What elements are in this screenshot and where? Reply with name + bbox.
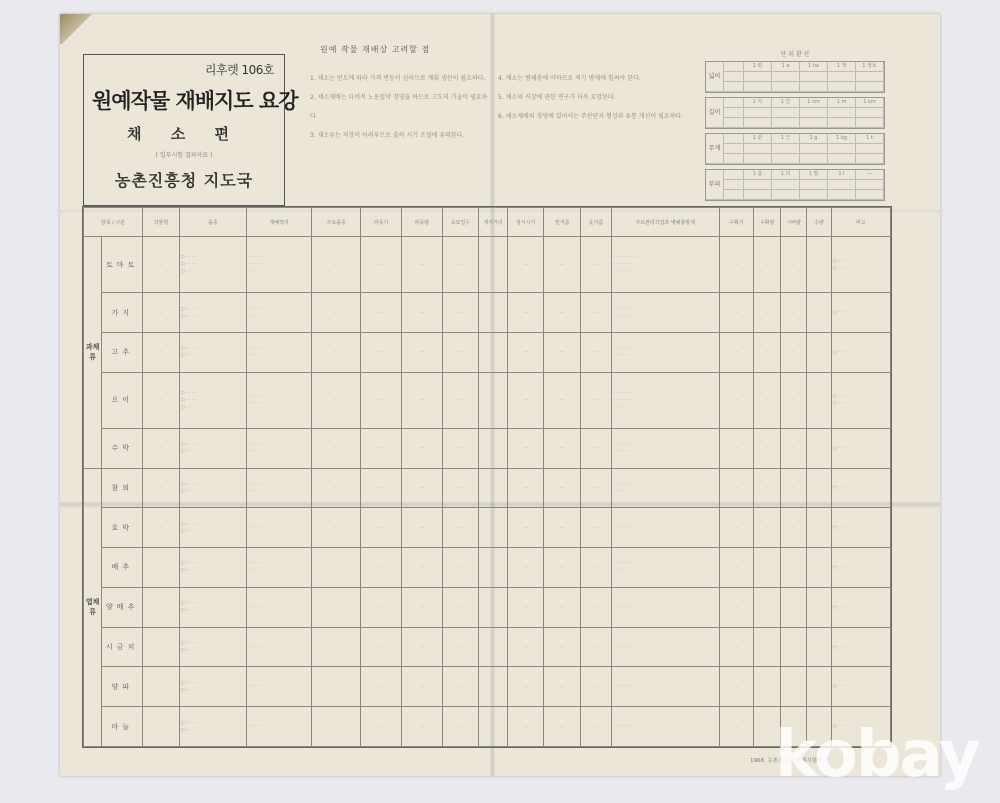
table-row: 오이·○ · · · ·○ · · · ·○ · · ·· · · · ·· ·… bbox=[84, 372, 891, 428]
corner-cell: 항목 / 구분 bbox=[84, 208, 143, 237]
document-sheet: 리후렛 106호 원예작물 재배지도 요강 채 소 편 ( 일부시험 결과자료 … bbox=[60, 14, 940, 776]
table-header-row: 항목 / 구분 작물명품종재배적지주요품종 파종기파종량육묘일수재식거리 정식시… bbox=[84, 208, 891, 237]
document-title: 원예작물 재배지도 요강 bbox=[92, 85, 297, 115]
table-row: 마늘·○ · · · ·○ · · ·· · · · ·· ·· ·· ·· ·… bbox=[84, 707, 891, 747]
note-item: 3. 채소류는 저장이 어려우므로 출하 시기 조절에 유의한다. bbox=[310, 126, 490, 145]
table-row: 시금치·○ · · · ·○ · · ·· · · · ·· ·· ·· ·· … bbox=[84, 627, 891, 667]
publisher: 농촌진흥청 지도국 bbox=[84, 168, 284, 191]
unit-block-volume: 부피 1 홉1 되1 말1 l— bbox=[705, 169, 885, 201]
units-title: 단 위 환 산 bbox=[705, 49, 885, 58]
table-row: 호박·○ · · · ·○ · · ·· · · · ·· ·· ·· ·· ·… bbox=[84, 508, 891, 548]
note-item: 5. 채소의 저장에 관한 연구가 더욱 요망된다. bbox=[498, 88, 698, 107]
table-row: 엽채류참외·○ · · · ·○ · · ·· · · · ·· · · ·· … bbox=[84, 468, 891, 508]
title-box: 리후렛 106호 원예작물 재배지도 요강 채 소 편 ( 일부시험 결과자료 … bbox=[83, 54, 285, 206]
document-subtitle: 채 소 편 bbox=[84, 123, 284, 144]
table-row: 고추·○ · · · ·○ · · ·· · · · ·· · · ·· ·· … bbox=[84, 332, 891, 372]
leaflet-number: 리후렛 106호 bbox=[205, 61, 274, 78]
unit-block-length: 길이 1 자1 간1 cm1 m1 km bbox=[705, 97, 885, 129]
table-row: 양파·○ · · · ·○ · · ·· · · · ·· ·· ·· ·· ·… bbox=[84, 667, 891, 707]
notes-heading: 원예 작물 재배상 고려할 점 bbox=[320, 44, 430, 55]
table-row: 배추·○ · · · ·○ · · ·· · · · ·· · · ·· ·· … bbox=[84, 548, 891, 588]
note-item: 6. 채소재배의 경영에 있어서는 주산단지 형성과 유통 개선이 필요하다. bbox=[498, 107, 698, 126]
watermark-logo: kobay bbox=[775, 718, 979, 792]
crop-cultivation-table: 항목 / 구분 작물명품종재배적지주요품종 파종기파종량육묘일수재식거리 정식시… bbox=[82, 206, 892, 748]
notes-right: 4. 채소는 병해충에 약하므로 적기 방제에 힘써야 한다. 5. 채소의 저… bbox=[498, 69, 698, 126]
note-item: 1. 채소는 연도에 따라 가격 변동이 심하므로 계획 생산이 필요하다. bbox=[310, 69, 490, 88]
unit-conversion-tables: 단 위 환 산 넓이 1 평1 a1 ha1 정1 정보 길이 1 자1 간1 … bbox=[705, 49, 885, 205]
unit-block-area: 넓이 1 평1 a1 ha1 정1 정보 bbox=[705, 61, 885, 93]
unit-block-weight: 무게 1 관1 근1 g1 kg1 t bbox=[705, 133, 885, 165]
note-item: 4. 채소는 병해충에 약하므로 적기 방제에 힘써야 한다. bbox=[498, 69, 698, 88]
table-row: 가지·○ · · · ·○ · · · ·· · · · ·· · · ·· ·… bbox=[84, 293, 891, 333]
table-row: 수박·○ · · · ·○ · · ·· · · · ·· · · ·· ·· … bbox=[84, 428, 891, 468]
subtitle-note: ( 일부시험 결과자료 ) bbox=[84, 150, 284, 159]
table-row: 양배추·○ · · · ·○ · · ·· · · · ·· ·· ·· ·· … bbox=[84, 587, 891, 627]
table-row: 과채류토마토·○ · · · ·○ · · · ·○ · · ·· · · · … bbox=[84, 237, 891, 293]
note-item: 2. 채소재배는 다비적 노동집약 경영을 하므로 고도의 기술이 필요하다. bbox=[310, 88, 490, 126]
notes-left: 1. 채소는 연도에 따라 가격 변동이 심하므로 계획 생산이 필요하다. 2… bbox=[310, 69, 490, 145]
